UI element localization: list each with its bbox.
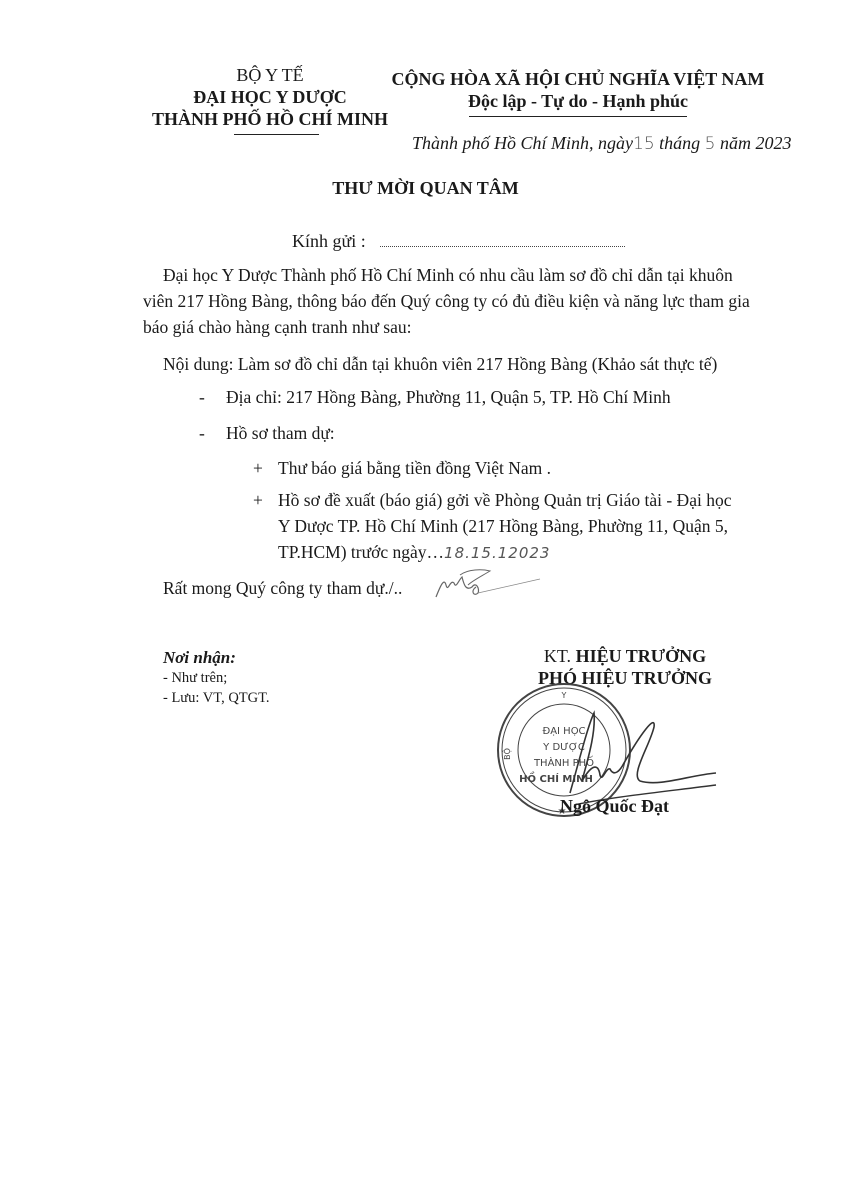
content-line: Nội dung: Làm sơ đồ chỉ dẫn tại khuôn vi… <box>163 351 717 377</box>
intro-line: báo giá chào hàng cạnh tranh như sau: <box>143 314 799 340</box>
header-left-underline <box>234 134 319 135</box>
sub-item-deadline: TP.HCM) trước ngày…18.15.12023 <box>253 539 731 566</box>
country-name: CỘNG HÒA XÃ HỘI CHỦ NGHĨA VIỆT NAM <box>368 68 788 90</box>
university-name-line2: THÀNH PHỐ HỒ CHÍ MINH <box>140 108 400 130</box>
addressee-label: Kính gửi : <box>292 231 366 251</box>
national-motto: Độc lập - Tự do - Hạnh phúc <box>368 90 788 112</box>
svg-text:BỘ: BỘ <box>501 748 512 760</box>
document-title: THƯ MỜI QUAN TÂM <box>0 178 851 199</box>
deadline-label: TP.HCM) trước ngày… <box>278 542 444 562</box>
sub-item-text: Thư báo giá bằng tiền đồng Việt Nam . <box>278 458 551 478</box>
header-right-underline <box>469 116 687 117</box>
recipients-heading: Nơi nhận: <box>163 648 270 668</box>
on-behalf-label: KT. <box>544 646 571 666</box>
list-item-text: Địa chỉ: 217 Hồng Bàng, Phường 11, Quận … <box>226 387 671 407</box>
national-header: CỘNG HÒA XÃ HỘI CHỦ NGHĨA VIỆT NAM Độc l… <box>368 68 788 117</box>
addressee-blank <box>380 234 625 247</box>
list-item-address: -Địa chỉ: 217 Hồng Bàng, Phường 11, Quận… <box>199 384 671 410</box>
plus-marker: + <box>253 455 278 481</box>
year-label: năm 2023 <box>720 133 792 153</box>
signer-name: Ngô Quốc Đạt <box>560 796 669 817</box>
date-line: Thành phố Hồ Chí Minh, ngày15 tháng 5 nă… <box>412 133 792 154</box>
list-item-text: Hồ sơ tham dự: <box>226 423 335 443</box>
dash-marker: - <box>199 420 226 446</box>
list-item-documents: -Hồ sơ tham dự: <box>199 420 335 446</box>
recipient-item: - Như trên; <box>163 668 270 688</box>
issuing-authority: BỘ Y TẾ ĐẠI HỌC Y DƯỢC THÀNH PHỐ HỒ CHÍ … <box>140 64 400 135</box>
university-name-line1: ĐẠI HỌC Y DƯỢC <box>140 86 400 108</box>
ministry-name: BỘ Y TẾ <box>140 64 400 86</box>
month-label: tháng <box>659 133 700 153</box>
plus-marker: + <box>253 487 278 513</box>
addressee-line: Kính gửi : <box>292 231 625 252</box>
recipients-block: Nơi nhận: - Như trên; - Lưu: VT, QTGT. <box>163 648 270 708</box>
handwritten-month: 5 <box>705 134 716 154</box>
handwritten-day: 15 <box>633 134 655 154</box>
sub-item-quote-letter: +Thư báo giá bằng tiền đồng Việt Nam . <box>253 455 551 481</box>
initials-signature <box>432 567 542 603</box>
svg-text:Y: Y <box>561 691 567 700</box>
signer-role-primary: HIỆU TRƯỞNG <box>576 646 707 666</box>
dash-marker: - <box>199 384 226 410</box>
intro-paragraph: Đại học Y Dược Thành phố Hồ Chí Minh có … <box>163 262 799 340</box>
closing-line: Rất mong Quý công ty tham dự./.. <box>163 575 402 601</box>
sub-item-text: Hồ sơ đề xuất (báo giá) gởi về Phòng Quả… <box>278 490 731 510</box>
sub-item-proposal: +Hồ sơ đề xuất (báo giá) gởi về Phòng Qu… <box>253 487 731 566</box>
handwritten-deadline: 18.15.12023 <box>444 544 550 562</box>
intro-line: Đại học Y Dược Thành phố Hồ Chí Minh có … <box>163 262 799 288</box>
date-prefix: Thành phố Hồ Chí Minh, ngày <box>412 133 633 153</box>
intro-line: viên 217 Hồng Bàng, thông báo đến Quý cô… <box>143 288 799 314</box>
recipient-item: - Lưu: VT, QTGT. <box>163 688 270 708</box>
sub-item-text: Y Dược TP. Hồ Chí Minh (217 Hồng Bàng, P… <box>253 513 731 539</box>
